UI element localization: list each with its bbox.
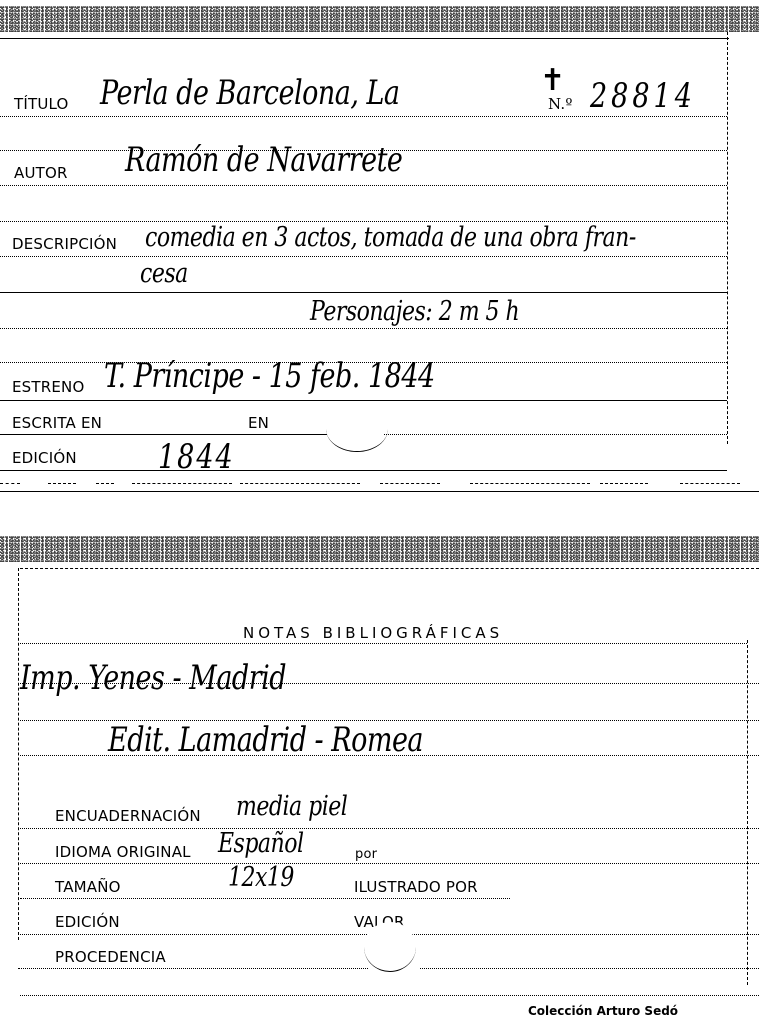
notas-heading: NOTAS BIBLIOGRÁFICAS [243,626,503,641]
edge-fragment [240,483,360,484]
idioma-original-value: Español [218,831,304,859]
edicion-value: 1844 [158,440,235,474]
note-line-1: Imp. Yenes - Madrid [20,661,286,695]
scan-noise-edge [0,536,759,562]
descripcion-line-3: Personajes: 2 m 5 h [310,299,519,327]
numero-label: N.º [548,97,573,112]
autor-label: AUTOR [14,166,68,181]
encuadernacion-label: ENCUADERNACIÓN [55,809,201,824]
card-separator [0,491,759,492]
estreno-line [0,400,727,401]
escrita-en-line-right [384,434,727,435]
edicion-back-label: EDICIÓN [55,915,120,930]
edge-fragment [600,483,648,484]
edge-fragment [132,483,232,484]
titulo-line [0,116,727,117]
note-line-2: Edit. Lamadrid - Romea [108,723,423,757]
edicion-line [0,470,727,471]
escrita-en-label: ESCRITA EN [12,416,102,431]
collection-footer: Colección Arturo Sedó [528,1005,678,1017]
heading-line [20,643,747,644]
autor-value: Ramón de Navarrete [125,143,402,177]
procedencia-line [18,968,368,969]
idioma-line [20,863,759,864]
tamano-label: TAMAÑO [55,880,121,895]
card-right-edge [727,32,728,444]
edge-fragment [96,483,114,484]
edge-fragment [680,483,740,484]
scanned-catalog-cards: TÍTULO Perla de Barcelona, La ✝ N.º 2881… [0,0,759,1028]
stamp-mark [326,406,388,452]
edicion-label: EDICIÓN [12,451,77,466]
cross-mark-icon: ✝ [540,66,565,96]
descripcion-line-2: cesa [140,261,188,289]
titulo-label: TÍTULO [14,97,69,112]
descripcion-line-1: comedia en 3 actos, tomada de una obra f… [145,225,636,253]
en-label: EN [248,416,269,431]
encuadernacion-line [20,828,759,829]
edge-fragment [470,483,590,484]
line-above-autor [0,150,727,151]
encuadernacion-value: media piel [236,794,347,822]
procedencia-line-right [420,968,759,969]
bottom-line [20,995,759,996]
numero-value: 28814 [590,79,696,113]
edge-fragment [48,483,76,484]
card-top-border [0,38,729,39]
card-left-edge [18,568,19,940]
idioma-original-label: IDIOMA ORIGINAL [55,845,191,860]
tamano-line [20,898,510,899]
tamano-value: 12x19 [228,865,294,893]
descripcion-line [0,256,727,257]
note-rule-3 [20,755,759,756]
card-top-border [20,568,759,569]
ilustrado-por-label: ILUSTRADO POR [354,880,478,895]
edge-fragment [0,483,20,484]
titulo-value: Perla de Barcelona, La [100,76,400,110]
edge-fragment [380,483,440,484]
scan-noise-edge [0,6,759,32]
descripcion-label: DESCRIPCIÓN [12,237,117,252]
procedencia-label: PROCEDENCIA [55,950,166,965]
por-label: por [355,848,377,861]
descripcion-line-2-rule [0,292,727,293]
descripcion-line-3-rule [0,328,727,329]
autor-line [0,185,727,186]
estreno-label: ESTRENO [12,380,85,395]
note-rule-1 [20,683,759,684]
escrita-en-line [0,434,330,435]
stamp-mark [364,922,416,972]
estreno-value: T. Príncipe - 15 feb. 1844 [104,359,435,393]
